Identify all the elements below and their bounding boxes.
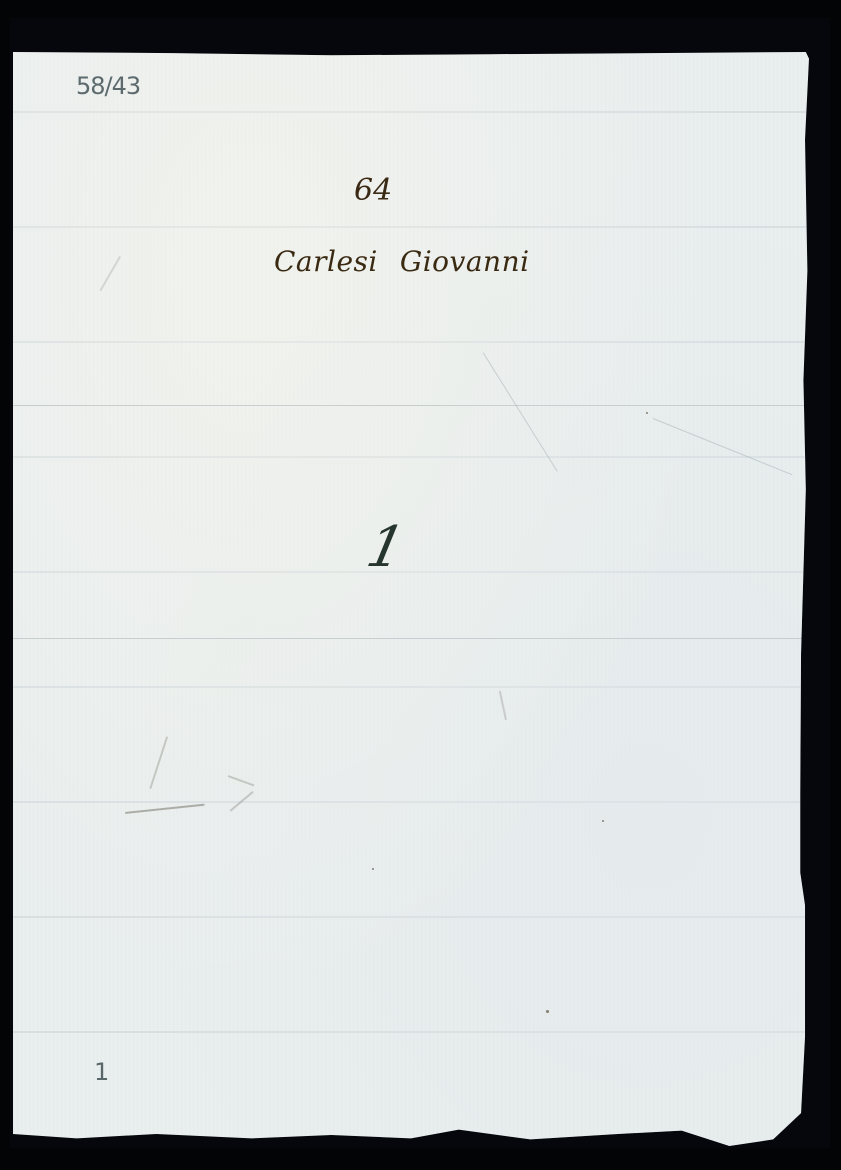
fold-line — [13, 638, 809, 639]
fold-line — [13, 405, 809, 406]
ink-speck — [646, 412, 648, 414]
surname: Carlesi — [274, 245, 378, 278]
given-name: Giovanni — [400, 245, 530, 278]
paper-crack — [483, 352, 558, 471]
folio-number: 64 — [354, 176, 392, 206]
ink-speck — [546, 1010, 549, 1013]
archival-reference-number: 58/43 — [76, 74, 140, 98]
ink-speck — [602, 820, 604, 822]
person-name: CarlesiGiovanni — [274, 248, 530, 276]
paper-crack — [653, 418, 792, 475]
manuscript-page — [13, 52, 809, 1146]
ink-speck — [372, 868, 374, 870]
corner-page-number: 1 — [94, 1060, 109, 1084]
